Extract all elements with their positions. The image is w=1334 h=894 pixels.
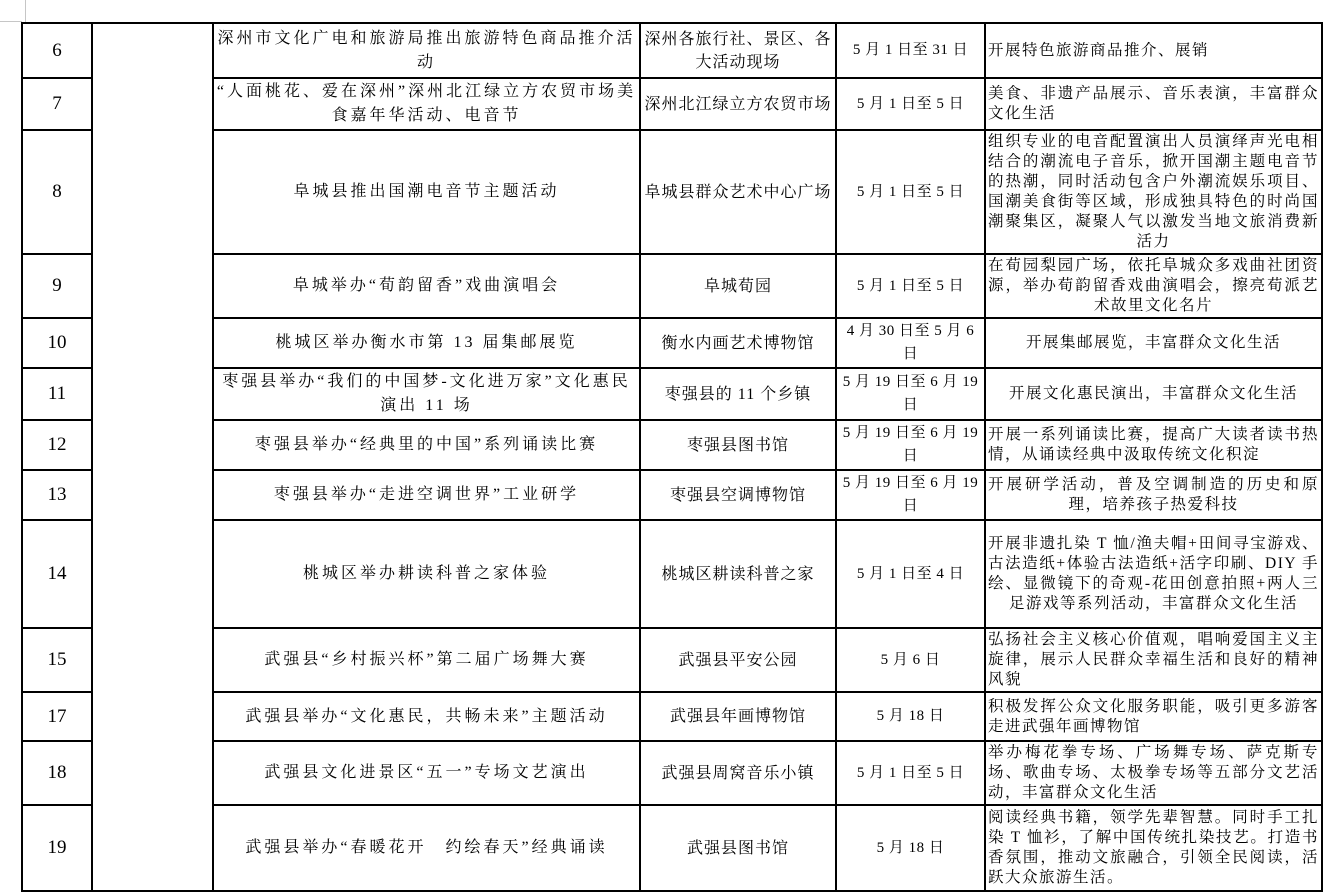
gridline-fragment-horizontal [0, 21, 22, 22]
activity-name-cell[interactable]: 枣强县举办“经典里的中国”系列诵读比赛 [213, 420, 640, 470]
row-number-cell[interactable]: 11 [22, 368, 92, 420]
merged-empty-column-cell[interactable] [92, 23, 213, 891]
location-cell[interactable]: 深州北江绿立方农贸市场 [640, 78, 836, 130]
row-number-cell[interactable]: 18 [22, 741, 92, 805]
description-cell[interactable]: 阅读经典书籍，领学先辈智慧。同时手工扎染 T 恤衫，了解中国传统扎染技艺。打造书… [985, 805, 1322, 891]
events-table-body: 6 深州市文化广电和旅游局推出旅游特色商品推介活动 深州各旅行社、景区、各大活动… [22, 23, 1322, 891]
row-number-cell[interactable]: 19 [22, 805, 92, 891]
location-cell[interactable]: 武强县图书馆 [640, 805, 836, 891]
date-cell[interactable]: 5 月 19 日至 6 月 19 日 [836, 420, 985, 470]
gridline-fragment-vertical [25, 0, 26, 22]
activity-name-cell[interactable]: 武强县举办“春暖花开 约绘春天”经典诵读 [213, 805, 640, 891]
activity-name-cell[interactable]: 枣强县举办“我们的中国梦-文化进万家”文化惠民演出 11 场 [213, 368, 640, 420]
table-row: 8 阜城县推出国潮电音节主题活动 阜城县群众艺术中心广场 5 月 1 日至 5 … [22, 130, 1322, 254]
description-cell[interactable]: 开展特色旅游商品推介、展销 [985, 23, 1322, 78]
description-cell[interactable]: 在荀园梨园广场，依托阜城众多戏曲社团资源，举办荀韵留香戏曲演唱会，擦亮荀派艺术故… [985, 254, 1322, 318]
description-cell[interactable]: 弘扬社会主义核心价值观，唱响爱国主义主旋律，展示人民群众幸福生活和良好的精神风貌 [985, 628, 1322, 692]
activity-name-cell[interactable]: 桃城区举办衡水市第 13 届集邮展览 [213, 318, 640, 368]
description-cell[interactable]: 举办梅花拳专场、广场舞专场、萨克斯专场、歌曲专场、太极拳专场等五部分文艺活动，丰… [985, 741, 1322, 805]
date-cell[interactable]: 5 月 19 日至 6 月 19 日 [836, 470, 985, 520]
table-row: 17 武强县举办“文化惠民，共畅未来”主题活动 武强县年画博物馆 5 月 18 … [22, 692, 1322, 741]
location-cell[interactable]: 武强县平安公园 [640, 628, 836, 692]
location-cell[interactable]: 深州各旅行社、景区、各大活动现场 [640, 23, 836, 78]
row-number-cell[interactable]: 10 [22, 318, 92, 368]
table-row: 12 枣强县举办“经典里的中国”系列诵读比赛 枣强县图书馆 5 月 19 日至 … [22, 420, 1322, 470]
table-row: 15 武强县“乡村振兴杯”第二届广场舞大赛 武强县平安公园 5 月 6 日 弘扬… [22, 628, 1322, 692]
location-cell[interactable]: 桃城区耕读科普之家 [640, 520, 836, 628]
date-cell[interactable]: 5 月 6 日 [836, 628, 985, 692]
location-cell[interactable]: 阜城县群众艺术中心广场 [640, 130, 836, 254]
description-cell[interactable]: 开展研学活动，普及空调制造的历史和原理，培养孩子热爱科技 [985, 470, 1322, 520]
location-cell[interactable]: 武强县年画博物馆 [640, 692, 836, 741]
activity-name-cell[interactable]: 枣强县举办“走进空调世界”工业研学 [213, 470, 640, 520]
table-row: 9 阜城举办“荀韵留香”戏曲演唱会 阜城荀园 5 月 1 日至 5 日 在荀园梨… [22, 254, 1322, 318]
description-cell[interactable]: 积极发挥公众文化服务职能，吸引更多游客走进武强年画博物馆 [985, 692, 1322, 741]
row-number-cell[interactable]: 6 [22, 23, 92, 78]
date-cell[interactable]: 5 月 18 日 [836, 692, 985, 741]
row-number-cell[interactable]: 15 [22, 628, 92, 692]
location-cell[interactable]: 阜城荀园 [640, 254, 836, 318]
description-cell[interactable]: 开展集邮展览，丰富群众文化生活 [985, 318, 1322, 368]
description-cell[interactable]: 美食、非遗产品展示、音乐表演，丰富群众文化生活 [985, 78, 1322, 130]
description-cell[interactable]: 开展文化惠民演出，丰富群众文化生活 [985, 368, 1322, 420]
activity-name-cell[interactable]: 阜城县推出国潮电音节主题活动 [213, 130, 640, 254]
document-canvas: 6 深州市文化广电和旅游局推出旅游特色商品推介活动 深州各旅行社、景区、各大活动… [0, 0, 1334, 894]
date-cell[interactable]: 5 月 18 日 [836, 805, 985, 891]
activity-name-cell[interactable]: “人面桃花、爱在深州”深州北江绿立方农贸市场美食嘉年华活动、电音节 [213, 78, 640, 130]
location-cell[interactable]: 枣强县的 11 个乡镇 [640, 368, 836, 420]
row-number-cell[interactable]: 17 [22, 692, 92, 741]
table-row: 10 桃城区举办衡水市第 13 届集邮展览 衡水内画艺术博物馆 4 月 30 日… [22, 318, 1322, 368]
table-row: 18 武强县文化进景区“五一”专场文艺演出 武强县周窝音乐小镇 5 月 1 日至… [22, 741, 1322, 805]
table-row: 11 枣强县举办“我们的中国梦-文化进万家”文化惠民演出 11 场 枣强县的 1… [22, 368, 1322, 420]
row-number-cell[interactable]: 12 [22, 420, 92, 470]
date-cell[interactable]: 5 月 1 日至 5 日 [836, 254, 985, 318]
activity-name-cell[interactable]: 阜城举办“荀韵留香”戏曲演唱会 [213, 254, 640, 318]
table-row: 6 深州市文化广电和旅游局推出旅游特色商品推介活动 深州各旅行社、景区、各大活动… [22, 23, 1322, 78]
location-cell[interactable]: 武强县周窝音乐小镇 [640, 741, 836, 805]
date-cell[interactable]: 5 月 1 日至 4 日 [836, 520, 985, 628]
description-cell[interactable]: 开展非遗扎染 T 恤/渔夫帽+田间寻宝游戏、古法造纸+体验古法造纸+活字印刷、D… [985, 520, 1322, 628]
date-cell[interactable]: 5 月 1 日至 5 日 [836, 78, 985, 130]
description-cell[interactable]: 开展一系列诵读比赛，提高广大读者读书热情，从诵读经典中汲取传统文化积淀 [985, 420, 1322, 470]
row-number-cell[interactable]: 14 [22, 520, 92, 628]
date-cell[interactable]: 4 月 30 日至 5 月 6 日 [836, 318, 985, 368]
table-row: 14 桃城区举办耕读科普之家体验 桃城区耕读科普之家 5 月 1 日至 4 日 … [22, 520, 1322, 628]
activity-name-cell[interactable]: 深州市文化广电和旅游局推出旅游特色商品推介活动 [213, 23, 640, 78]
activity-name-cell[interactable]: 武强县文化进景区“五一”专场文艺演出 [213, 741, 640, 805]
activity-name-cell[interactable]: 武强县“乡村振兴杯”第二届广场舞大赛 [213, 628, 640, 692]
table-row: 13 枣强县举办“走进空调世界”工业研学 枣强县空调博物馆 5 月 19 日至 … [22, 470, 1322, 520]
date-cell[interactable]: 5 月 1 日至 5 日 [836, 130, 985, 254]
row-number-cell[interactable]: 13 [22, 470, 92, 520]
row-number-cell[interactable]: 8 [22, 130, 92, 254]
location-cell[interactable]: 枣强县图书馆 [640, 420, 836, 470]
row-number-cell[interactable]: 9 [22, 254, 92, 318]
description-cell[interactable]: 组织专业的电音配置演出人员演绎声光电相结合的潮流电子音乐，掀开国潮主题电音节的热… [985, 130, 1322, 254]
row-number-cell[interactable]: 7 [22, 78, 92, 130]
activity-name-cell[interactable]: 桃城区举办耕读科普之家体验 [213, 520, 640, 628]
events-table: 6 深州市文化广电和旅游局推出旅游特色商品推介活动 深州各旅行社、景区、各大活动… [21, 22, 1323, 892]
date-cell[interactable]: 5 月 1 日至 31 日 [836, 23, 985, 78]
date-cell[interactable]: 5 月 19 日至 6 月 19 日 [836, 368, 985, 420]
location-cell[interactable]: 衡水内画艺术博物馆 [640, 318, 836, 368]
table-row: 7 “人面桃花、爱在深州”深州北江绿立方农贸市场美食嘉年华活动、电音节 深州北江… [22, 78, 1322, 130]
table-row: 19 武强县举办“春暖花开 约绘春天”经典诵读 武强县图书馆 5 月 18 日 … [22, 805, 1322, 891]
location-cell[interactable]: 枣强县空调博物馆 [640, 470, 836, 520]
date-cell[interactable]: 5 月 1 日至 5 日 [836, 741, 985, 805]
activity-name-cell[interactable]: 武强县举办“文化惠民，共畅未来”主题活动 [213, 692, 640, 741]
